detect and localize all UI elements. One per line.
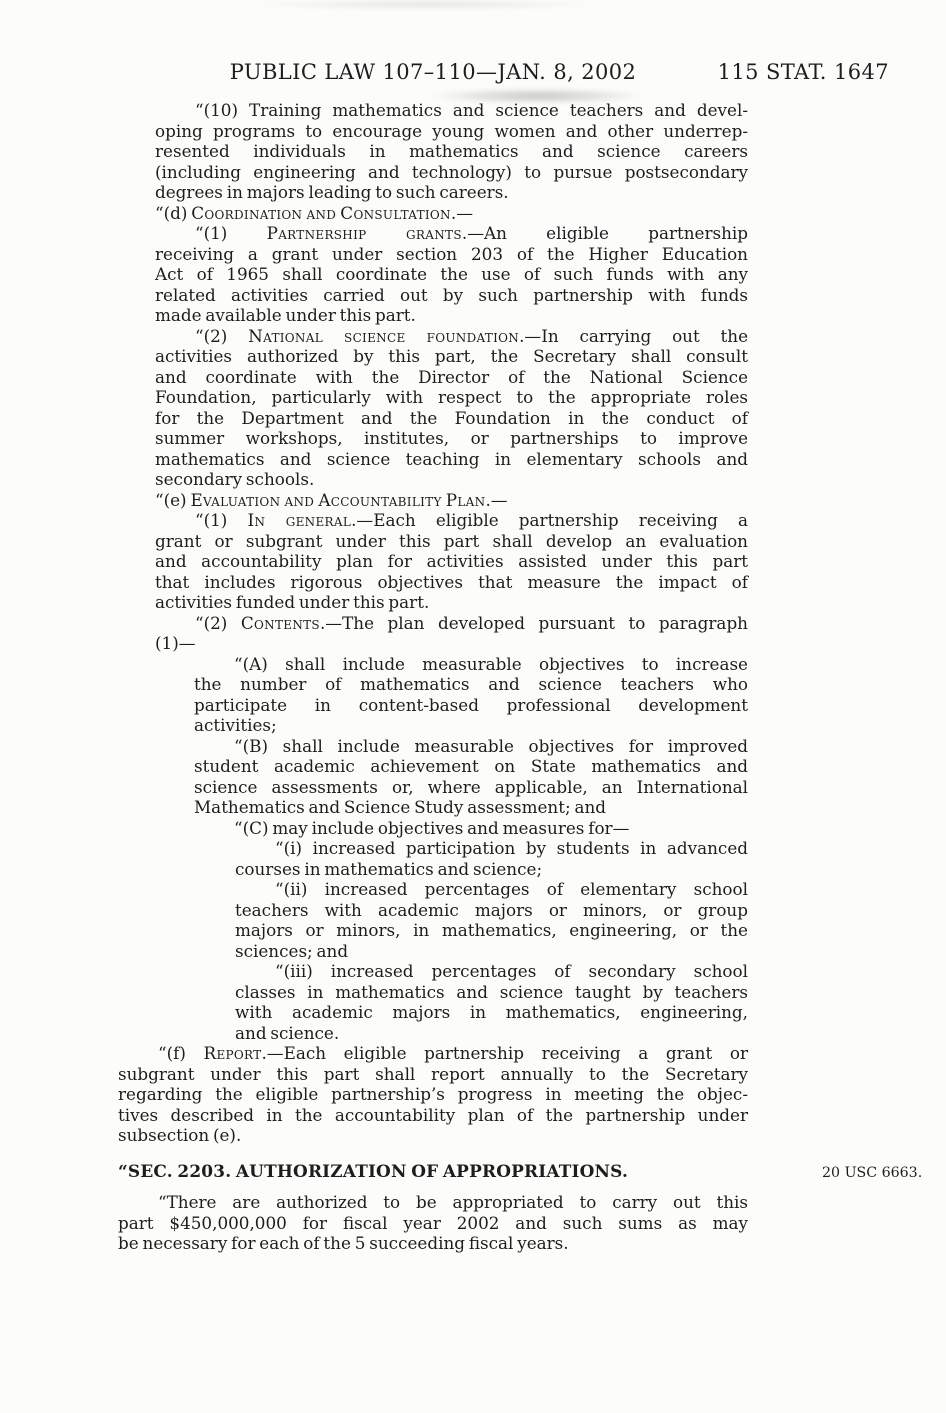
text-line: Foundation, particularly with respect to… <box>155 387 748 408</box>
subsection-e-heading: “(e) Evaluation and Accountability Plan.… <box>155 490 748 511</box>
text-line: and coordinate with the Director of the … <box>155 367 748 388</box>
text-run: mathematics and science teaching in elem… <box>155 449 748 469</box>
paragraph-d-2: “(2) National science foundation.—In car… <box>155 326 748 490</box>
text-run: resented individuals in mathematics and … <box>155 141 748 161</box>
text-run: science assessments or, where applicable… <box>194 777 748 797</box>
text-run: “(C) may include objectives and measures… <box>234 818 629 838</box>
subsection-d-heading: “(d) Coordination and Consultation.— <box>155 203 748 224</box>
text-line: student academic achievement on State ma… <box>194 756 748 777</box>
text-line: “(1) Partnership grants.—An eligible par… <box>155 223 748 244</box>
text-run: “(e) <box>155 490 190 510</box>
text-run: .—Each eligible partnership receiving a <box>351 510 748 530</box>
text-line: for the Department and the Foundation in… <box>155 408 748 429</box>
text-line: “(1) In general.—Each eligible partnersh… <box>155 510 748 531</box>
text-line: “(B) shall include measurable objectives… <box>194 736 748 757</box>
text-run: that includes rigorous objectives that m… <box>155 572 748 592</box>
statute-page: PUBLIC LAW 107–110—JAN. 8, 2002 115 STAT… <box>0 0 946 1413</box>
text-run: .—Each eligible partnership receiving a … <box>261 1043 748 1063</box>
text-run: “(10) Training mathematics and science t… <box>195 100 748 120</box>
subparagraph-B: “(B) shall include measurable objectives… <box>194 736 748 818</box>
text-run: related activities carried out by such p… <box>155 285 748 305</box>
text-run: .—The plan developed pursuant to paragra… <box>320 613 748 633</box>
clause-i: “(i) increased participation by students… <box>235 838 748 879</box>
small-caps-run: Coordination and Consultation <box>191 203 451 223</box>
text-line: sciences; and <box>235 941 748 962</box>
subsection-f: “(f) Report.—Each eligible partnership r… <box>118 1043 748 1146</box>
text-run: .— <box>485 490 507 510</box>
text-run: “(2) <box>195 326 248 346</box>
text-run: student academic achievement on State ma… <box>194 756 748 776</box>
text-run: be necessary for each of the 5 succeedin… <box>118 1233 569 1253</box>
text-run: Mathematics and Science Study assessment… <box>194 797 606 817</box>
text-run: “(f) <box>158 1043 204 1063</box>
text-run: summer workshops, institutes, or partner… <box>155 428 748 448</box>
subparagraph-C: “(C) may include objectives and measures… <box>194 818 748 839</box>
text-line: the number of mathematics and science te… <box>194 674 748 695</box>
text-run: activities authorized by this part, the … <box>155 346 748 366</box>
paragraph-d-1: “(1) Partnership grants.—An eligible par… <box>155 223 748 326</box>
text-run: regarding the eligible partnership’s pro… <box>118 1084 748 1104</box>
text-line: teachers with academic majors or minors,… <box>235 900 748 921</box>
text-run: part $450,000,000 for fiscal year 2002 a… <box>118 1213 748 1233</box>
law-title: PUBLIC LAW 107–110—JAN. 8, 2002 <box>118 60 748 84</box>
text-line: related activities carried out by such p… <box>155 285 748 306</box>
running-head: PUBLIC LAW 107–110—JAN. 8, 2002 115 STAT… <box>118 60 889 86</box>
text-run: “There are authorized to be appropriated… <box>158 1192 748 1212</box>
text-line: participate in content-based professiona… <box>194 695 748 716</box>
text-run: secondary schools. <box>155 469 314 489</box>
paragraph-10: “(10) Training mathematics and science t… <box>155 100 748 203</box>
text-run: “(2) <box>195 613 241 633</box>
text-line: secondary schools. <box>155 469 748 490</box>
text-line: “(10) Training mathematics and science t… <box>155 100 748 121</box>
text-run: “(A) shall include measurable objectives… <box>234 654 748 674</box>
text-line: “There are authorized to be appropriated… <box>118 1192 748 1213</box>
text-run: “SEC. 2203. AUTHORIZATION OF APPROPRIATI… <box>118 1161 628 1181</box>
text-run: the number of mathematics and science te… <box>194 674 748 694</box>
text-run: “(ii) increased percentages of elementar… <box>275 879 748 899</box>
text-line: “(i) increased participation by students… <box>235 838 748 859</box>
text-run: receiving a grant under section 203 of t… <box>155 244 748 264</box>
text-run: oping programs to encourage young women … <box>155 121 748 141</box>
text-line: “(e) Evaluation and Accountability Plan.… <box>155 490 748 511</box>
text-run: and coordinate with the Director of the … <box>155 367 748 387</box>
small-caps-run: Evaluation and Accountability Plan <box>190 490 485 510</box>
text-run: made available under this part. <box>155 305 416 325</box>
text-run: and science. <box>235 1023 339 1043</box>
text-run: and accountability plan for activities a… <box>155 551 748 571</box>
text-run: Act of 1965 shall coordinate the use of … <box>155 264 748 284</box>
text-run: “(iii) increased percentages of secondar… <box>275 961 748 981</box>
text-line: with academic majors in mathematics, eng… <box>235 1002 748 1023</box>
text-line: “(C) may include objectives and measures… <box>194 818 748 839</box>
text-line: Mathematics and Science Study assessment… <box>194 797 748 818</box>
text-run: “(i) increased participation by students… <box>275 838 748 858</box>
clause-iii: “(iii) increased percentages of secondar… <box>235 961 748 1043</box>
text-line: degrees in majors leading to such career… <box>155 182 748 203</box>
text-line: courses in mathematics and science; <box>235 859 748 880</box>
text-line: and science. <box>235 1023 748 1044</box>
text-line: “(iii) increased percentages of secondar… <box>235 961 748 982</box>
text-line: majors or minors, in mathematics, engine… <box>235 920 748 941</box>
scan-artifact <box>255 0 595 9</box>
us-code-margin-note: 20 USC 6663. <box>822 1163 922 1184</box>
text-line: tives described in the accountability pl… <box>118 1105 748 1126</box>
small-caps-run: Report <box>204 1043 262 1063</box>
text-line: activities; <box>194 715 748 736</box>
text-line: regarding the eligible partnership’s pro… <box>118 1084 748 1105</box>
text-run: classes in mathematics and science taugh… <box>235 982 748 1002</box>
text-line: (including engineering and technology) t… <box>155 162 748 183</box>
text-run: participate in content-based professiona… <box>194 695 748 715</box>
text-line: “(f) Report.—Each eligible partnership r… <box>118 1043 748 1064</box>
text-run: teachers with academic majors or minors,… <box>235 900 748 920</box>
text-run: activities; <box>194 715 277 735</box>
small-caps-run: In general <box>248 510 352 530</box>
text-line: summer workshops, institutes, or partner… <box>155 428 748 449</box>
text-line: resented individuals in mathematics and … <box>155 141 748 162</box>
text-run: .— <box>451 203 473 223</box>
text-line: “SEC. 2203. AUTHORIZATION OF APPROPRIATI… <box>118 1161 748 1182</box>
text-line: “(d) Coordination and Consultation.— <box>155 203 748 224</box>
text-run: with academic majors in mathematics, eng… <box>235 1002 748 1022</box>
text-run: subsection (e). <box>118 1125 241 1145</box>
text-run: grant or subgrant under this part shall … <box>155 531 748 551</box>
stat-page-number: 115 STAT. 1647 <box>718 60 889 84</box>
text-line: “(2) Contents.—The plan developed pursua… <box>155 613 748 634</box>
text-run: “(1) <box>195 223 267 243</box>
text-line: receiving a grant under section 203 of t… <box>155 244 748 265</box>
text-run: “(1) <box>195 510 248 530</box>
text-run: tives described in the accountability pl… <box>118 1105 748 1125</box>
text-run: “(d) <box>155 203 191 223</box>
text-run: Foundation, particularly with respect to… <box>155 387 748 407</box>
text-line: made available under this part. <box>155 305 748 326</box>
text-line: activities authorized by this part, the … <box>155 346 748 367</box>
paragraph-e-1: “(1) In general.—Each eligible partnersh… <box>155 510 748 613</box>
text-line: “(ii) increased percentages of elementar… <box>235 879 748 900</box>
text-run: activities funded under this part. <box>155 592 429 612</box>
text-line: activities funded under this part. <box>155 592 748 613</box>
text-run: subgrant under this part shall report an… <box>118 1064 748 1084</box>
paragraph-authorization: “There are authorized to be appropriated… <box>118 1192 748 1254</box>
subparagraph-A: “(A) shall include measurable objectives… <box>194 654 748 736</box>
text-line: subgrant under this part shall report an… <box>118 1064 748 1085</box>
text-line: Act of 1965 shall coordinate the use of … <box>155 264 748 285</box>
text-line: that includes rigorous objectives that m… <box>155 572 748 593</box>
clause-ii: “(ii) increased percentages of elementar… <box>235 879 748 961</box>
text-line: mathematics and science teaching in elem… <box>155 449 748 470</box>
text-line: classes in mathematics and science taugh… <box>235 982 748 1003</box>
text-run: “(B) shall include measurable objectives… <box>234 736 748 756</box>
text-run: courses in mathematics and science; <box>235 859 542 879</box>
text-run: sciences; and <box>235 941 348 961</box>
text-run: .—In carrying out the <box>519 326 748 346</box>
text-run: for the Department and the Foundation in… <box>155 408 748 428</box>
small-caps-run: Partnership grants <box>267 223 462 243</box>
section-2203-heading: “SEC. 2203. AUTHORIZATION OF APPROPRIATI… <box>118 1161 748 1182</box>
text-line: be necessary for each of the 5 succeedin… <box>118 1233 748 1254</box>
text-line: science assessments or, where applicable… <box>194 777 748 798</box>
text-line: part $450,000,000 for fiscal year 2002 a… <box>118 1213 748 1234</box>
paragraph-e-2: “(2) Contents.—The plan developed pursua… <box>155 613 748 654</box>
document-body: “(10) Training mathematics and science t… <box>118 100 748 1254</box>
text-line: grant or subgrant under this part shall … <box>155 531 748 552</box>
text-line: “(2) National science foundation.—In car… <box>155 326 748 347</box>
small-caps-run: National science foundation <box>248 326 519 346</box>
text-run: (including engineering and technology) t… <box>155 162 748 182</box>
text-line: (1)— <box>155 633 748 654</box>
text-line: and accountability plan for activities a… <box>155 551 748 572</box>
text-line: oping programs to encourage young women … <box>155 121 748 142</box>
small-caps-run: Contents <box>241 613 320 633</box>
text-run: (1)— <box>155 633 196 653</box>
text-line: “(A) shall include measurable objectives… <box>194 654 748 675</box>
text-run: majors or minors, in mathematics, engine… <box>235 920 748 940</box>
text-run: .—An eligible partnership <box>462 223 748 243</box>
text-line: subsection (e). <box>118 1125 748 1146</box>
text-run: degrees in majors leading to such career… <box>155 182 509 202</box>
